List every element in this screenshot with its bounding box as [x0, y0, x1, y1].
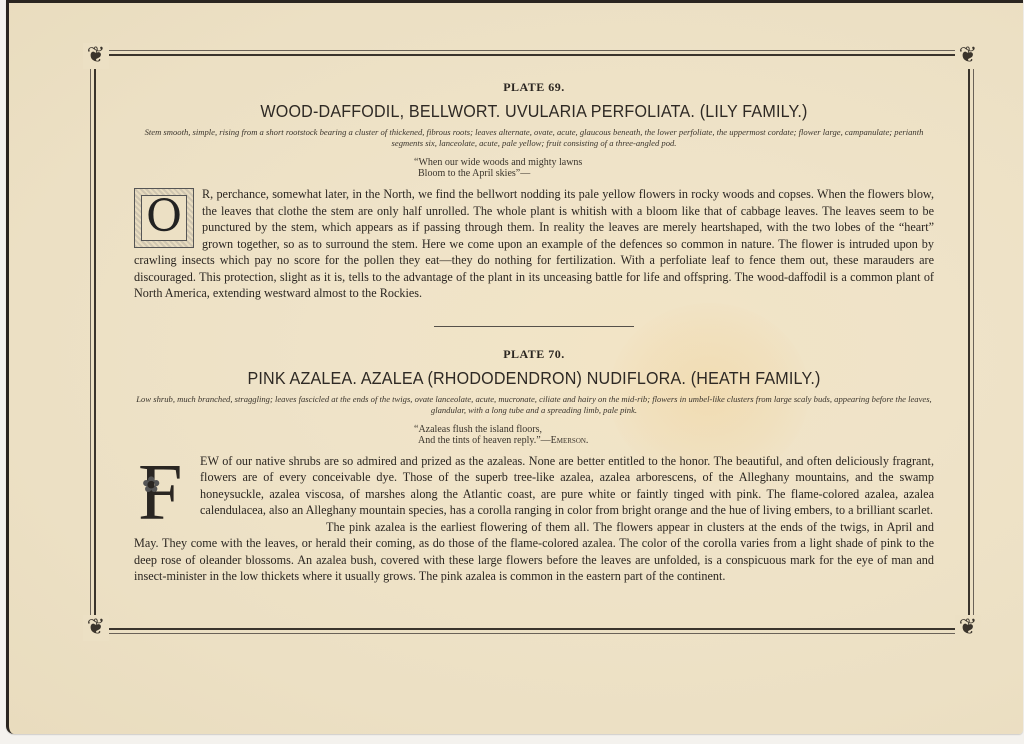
- corner-ornament-icon: ❦: [83, 43, 109, 69]
- page-content: PLATE 69. WOOD-DAFFODIL, BELLWORT. UVULA…: [134, 62, 934, 585]
- plate-70-section: PLATE 70. PINK AZALEA. AZALEA (RHODODEND…: [134, 347, 934, 585]
- epigraph-attribution: Emerson.: [551, 435, 589, 446]
- drop-cap-ornament: O: [134, 188, 194, 248]
- epigraph-line: “When our wide woods and mighty lawns: [414, 157, 654, 168]
- plate-title: PINK AZALEA. AZALEA (RHODODENDRON) NUDIF…: [166, 368, 902, 389]
- section-divider: [434, 326, 634, 327]
- paragraph: The pink azalea is the earliest flowerin…: [134, 520, 934, 584]
- epigraph: “Azaleas flush the island floors, And th…: [414, 424, 654, 446]
- plate-number: PLATE 69.: [134, 80, 934, 95]
- botanical-description: Low shrub, much branched, straggling; le…: [134, 394, 934, 416]
- paragraph: R, perchance, somewhat later, in the Nor…: [134, 187, 934, 300]
- body-text: F ✿ EW of our native shrubs are so admir…: [134, 453, 934, 585]
- drop-cap-letter: O: [135, 191, 193, 243]
- aster-flower-icon: ✿: [142, 475, 160, 495]
- epigraph-line: Bloom to the April skies”—: [414, 168, 654, 179]
- corner-ornament-icon: ❦: [83, 615, 109, 641]
- body-text: O R, perchance, somewhat later, in the N…: [134, 186, 934, 302]
- epigraph-line-text: And the tints of heaven reply.”—: [418, 435, 551, 446]
- plate-title: WOOD-DAFFODIL, BELLWORT. UVULARIA PERFOL…: [166, 101, 902, 122]
- plate-69-section: PLATE 69. WOOD-DAFFODIL, BELLWORT. UVULA…: [134, 80, 934, 302]
- corner-ornament-icon: ❦: [955, 43, 981, 69]
- paragraph: EW of our native shrubs are so admired a…: [200, 454, 934, 518]
- epigraph-line: “Azaleas flush the island floors,: [414, 424, 654, 435]
- botanical-description: Stem smooth, simple, rising from a short…: [134, 127, 934, 149]
- corner-ornament-icon: ❦: [955, 615, 981, 641]
- epigraph: “When our wide woods and mighty lawns Bl…: [414, 157, 654, 179]
- epigraph-line: And the tints of heaven reply.”—Emerson.: [414, 435, 654, 446]
- plate-number: PLATE 70.: [134, 347, 934, 362]
- drop-cap-ornament: F ✿: [134, 455, 192, 531]
